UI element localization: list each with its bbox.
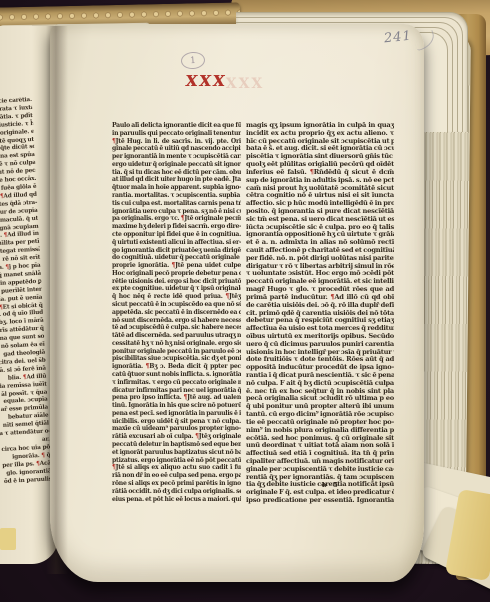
text-line: unū deordinat τ uitiat totā aīam non sol…: [246, 442, 394, 450]
folio-number-annotation: 241: [383, 29, 412, 47]
text-line: ē. nec tn̄ ex hoc seq̄tur q̄ in nobis si…: [246, 388, 394, 396]
text-line: q̄ ubi ponitur unū propter alterū ibi un…: [246, 403, 394, 411]
signature-mark: b 5: [322, 481, 340, 489]
text-line: catū q̄tuor sunt nobis inflicta. s. igno…: [112, 371, 241, 379]
text-line: tātē ad discernēda. sed paruulus utraqʒ …: [112, 332, 241, 340]
text-line: dirigatur τ rō τ libertas arbitrij simul…: [246, 263, 394, 271]
text-line: rētie uisionis dei. ergo si hoc dicit pr…: [112, 278, 241, 286]
book-photo: iusticie carētia.moderata τ iuxtapetulāt…: [0, 0, 490, 602]
text-line: et ignorāt paruulus baptizatus sicut nō …: [112, 449, 241, 457]
text-line: ¶Jtē Hug. in li. de sacrīs. in. vij. pte…: [112, 138, 241, 146]
text-line: iūcta ɔcupiscētie sic ē culpa. pro eo q̄…: [246, 224, 394, 232]
text-line: τ infirmitas. τ ergo cū peccato original…: [112, 379, 241, 387]
text-line: ex pte cognitiue. uidetur q̄ τ ipsū orig…: [112, 285, 241, 293]
text-line: cipaliter affectiuā. un̄ magis notificat…: [246, 458, 394, 466]
text-line: cit. primō qdē q̄ carentia uisiōis dei n…: [246, 310, 394, 318]
text-line: proprie ignorātia. ¶Jtē pena uidet culpe: [112, 262, 241, 270]
text-line: rentiā q̄ʒ per ignorantiās. q̄ tam ɔcupi…: [246, 474, 394, 482]
text-line: sup de ignorātia in adultis ipsā. s. nō …: [246, 177, 394, 185]
text-column-left: Paulo alī delicta ignorantie dicit ea qu…: [112, 122, 241, 506]
text-line: ponitur originale peccatū in paruulo eē …: [112, 348, 241, 356]
text-line: nō sunt discernēda. ergo si habere neces…: [112, 317, 241, 325]
text-line: ignorantia oppositionē hʒ cū uirtute τ g…: [246, 231, 394, 239]
text-line: q̄ uirtuti existenti alicui in affectiua…: [112, 239, 241, 247]
text-line: uīcibilis. ergo uidēt q̄ sit pena τ nō c…: [112, 418, 241, 426]
text-line: nō culpa. F ait q̄ bʒ dictū ɔcupiscētiā …: [246, 380, 394, 388]
text-line: posito. q̄ ignorantia si pure dicat nesc…: [246, 208, 394, 216]
text-line: maxīe cū uideam⁹ paruulos propter igno-: [112, 425, 241, 433]
text-line: dote fruitiōis τ dote tentōis. Rōes aūt …: [246, 356, 394, 364]
text-line: cte opponitur ipi fidei que ē in cogniti…: [112, 231, 241, 239]
text-line: ergo uidetur q̄ originale peccatū sit ig…: [112, 161, 241, 169]
text-line: ptizatus. ergo ignorātia eē nō pōt pecca…: [112, 457, 241, 465]
text-line: tia q̄ʒ debite iusticie carentia notific…: [246, 481, 394, 489]
text-line: uisionis in hoc intelligr̄ per ɔsīa q̄ p…: [246, 349, 394, 357]
gilt-page-edge: [0, 528, 16, 550]
text-line: riā non dr̄ in eo eē culpa sed pena. erg…: [112, 472, 241, 480]
text-line: pena pro ipso inflicta. ¶Jtē aug. ad ual…: [112, 394, 241, 402]
text-line: piscibilitas siue ɔcupiscētia. sic dʒ et…: [112, 355, 241, 363]
text-line: tis cui culpa est. mortalitas carnis pen…: [112, 200, 241, 208]
text-line: rantia ī q̄ dicat purā nescientiā. τ sic…: [246, 372, 394, 380]
text-line: appetēda. sic peccatū ē in discernēdo ea…: [112, 309, 241, 317]
text-line: inferius eē falsū. ¶Rn̄dēdū q̄ sicut ē d…: [246, 169, 394, 177]
text-line: et ē a. n. admīxta in alias nō solūmō re…: [246, 239, 394, 247]
folio-number: 241: [383, 29, 412, 47]
text-line: sicut peccatū ē in ɔcupīscēdo ea que nō …: [112, 301, 241, 309]
text-line: dicatur infirmitas pari nec uel ignorāti…: [112, 387, 241, 395]
text-line: τ uoluntate ɔsistūt. Hoc ergo mō ɔcēdi p…: [246, 270, 394, 278]
text-line: rantia. mortalitas. τ ɔcupiscentia. supb…: [112, 192, 241, 200]
chapter-heading-offset-ghost: XXX: [210, 76, 280, 92]
text-line: q̄ hoc nēq ē recte idē quod priua. ¶Jtēʒ: [112, 293, 241, 301]
right-page: 241 1 XXX XXX Paulo alī delicta ignorant…: [50, 24, 424, 582]
text-line: ginale per ɔcupiscentiā τ debite iustici…: [246, 466, 394, 474]
text-line: ecōtiā. sed hoc ponimus. q̄ cū originale…: [246, 435, 394, 443]
text-line: nim⁹ in nobis plura originalia different…: [246, 427, 394, 435]
text-line: primā partē inducūtur. ¶Ad illō cū qd ob…: [246, 294, 394, 302]
text-line: oppositā inducūtur procedūt de ipsa igno…: [246, 364, 394, 372]
text-line: bata ē s̄. et aug. dicit. si eēt ignorāt…: [246, 145, 394, 153]
text-line: magr̄ Hugo τ glo. τ procedūt rōes que ad: [246, 286, 394, 294]
text-line: peccatū deletur in baptismō sed eque ben…: [112, 441, 241, 449]
text-line: oībus uirtutū ex meritorijs opibus. Secū…: [246, 333, 394, 341]
text-line: tinū. Ignorātia in hīs que scire nō potu…: [112, 402, 241, 410]
text-line: in paruulis qui peccato originali tenent…: [112, 130, 241, 138]
text-line: per ignorantiā in mente τ ɔcupiscētiā ca…: [112, 153, 241, 161]
text-line: cētra cognitio nō ē uirtus nisi ei sit ī…: [246, 192, 394, 200]
text-line: ignorātia. ¶Bʒ ɔ. Beda dicit q̄ ppter pe…: [112, 363, 241, 371]
text-line: do cognitiuā. uidetur q̄ peccatū origina…: [112, 254, 241, 262]
text-line: ginale peccatū ē uitiū qd nascendo accip…: [112, 145, 241, 153]
text-line: tie eē peccatū originale nō propter hoc …: [246, 419, 394, 427]
text-line: rātiā excusari ab oī culpa. ¶Jtēʒ origin…: [112, 433, 241, 441]
text-line: Hoc originali pecō proprie debetur pena …: [112, 270, 241, 278]
text-line: hīc cū peccatū originale sit ɔcupiscētia…: [246, 138, 394, 146]
text-line: affectīua ēa uisio est tota merces q̄ re…: [246, 325, 394, 333]
text-line: pena est pecī. sed ignorātia in paruulis…: [112, 410, 241, 418]
text-line: originale F q̄. est culpa. et ideo predi…: [246, 489, 394, 497]
text-line: ignorātia uero culpa τ pena. sʒ nō ē nis…: [112, 208, 241, 216]
text-line: cessitatē hʒ τ nō hʒ nisi originale. erg…: [112, 340, 241, 348]
text-line: debetur pena q̄ respiciūt cognitiui sʒ e…: [246, 317, 394, 325]
text-line: rātiā occidit. nō dʒ dici culpa original…: [112, 488, 241, 496]
text-column-right: magis qʒ ipsum ignorātia in culpā in qua…: [246, 122, 394, 506]
text-line: cauit affectionē p charitatē sed et cogn…: [246, 247, 394, 255]
text-line: pa originalis. ergo τc. ¶Jtē originale p…: [112, 215, 241, 223]
text-line: tia. q̄ si tu dicas hoc eē dictū per cām…: [112, 169, 241, 177]
text-line: uero q̄ cū dicimus paruulos puniri caren…: [246, 341, 394, 349]
text-line: sic tm̄ est pena. si uero dicat nescīēti…: [246, 216, 394, 224]
text-line: rōne si aliqs ex pecō primi parētis in i…: [112, 480, 241, 488]
text-line: peccatū originale eē ignorātiā. et sic i…: [246, 278, 394, 286]
text-line: at illud qd dicit uiter hugo in pte eadē…: [112, 176, 241, 184]
text-line: eius pena. et pōt hīc eē locus a maiori.…: [112, 496, 241, 504]
text-line: piscētia τ ignorātia sint diuersorū gn̄i…: [246, 153, 394, 161]
text-line: per fidē. nō. n. pōt dirigi uolūtas nisi…: [246, 255, 394, 263]
text-line: pecā originalia sicut ɔcludit rō ultima …: [246, 395, 394, 403]
text-line: quolʒ eēt plūlitas origīaliū pecōrū qd o…: [246, 161, 394, 169]
text-line: maxime hʒ deleri p fidei sacrm̄. ergo di…: [112, 223, 241, 231]
facing-page-text-fragments: iusticie carētia.moderata τ iuxtapetulāt…: [0, 97, 52, 491]
text-line: go ignorantia dicit priuatōeʒ uenīa diri…: [112, 247, 241, 255]
text-line: cam̄ nisi prout hʒ uolūtatē ɔcomitātē si…: [246, 185, 394, 193]
text-line: ipso predicatione per essentiā. Ignorant…: [246, 497, 394, 505]
text-line: Paulo alī delicta ignorantie dicit ea qu…: [112, 122, 241, 130]
text-line: q̄tuor mala in hoīe apparent. supbīa ign…: [112, 184, 241, 192]
text-line: magis qʒ ipsum ignorātia in culpā in qua…: [246, 122, 394, 130]
text-line: tantū. cū ergo dicim⁹ ignorātiā rōe ɔcup…: [246, 411, 394, 419]
text-line: de carētia uisiōis dei. ɔō q̄. rō illa d…: [246, 302, 394, 310]
text-line: incidit ex actu proprio q̄ʒ ex actu alie…: [246, 130, 394, 138]
circled-stamp: 1: [180, 51, 205, 70]
text-line: ¶Jtē si aliqs ex aliquo actu suo cadit ī…: [112, 464, 241, 472]
circled-stamp-digit: 1: [190, 55, 196, 65]
text-line: tē ad ɔcupiscēdū ē culpa. sic habere nec…: [112, 324, 241, 332]
text-line: affectiuā sed etiā ī cognitiuā. ita tn̄ …: [246, 450, 394, 458]
text-line: affectio. sic p hūc modū intelligēdū ē i…: [246, 200, 394, 208]
